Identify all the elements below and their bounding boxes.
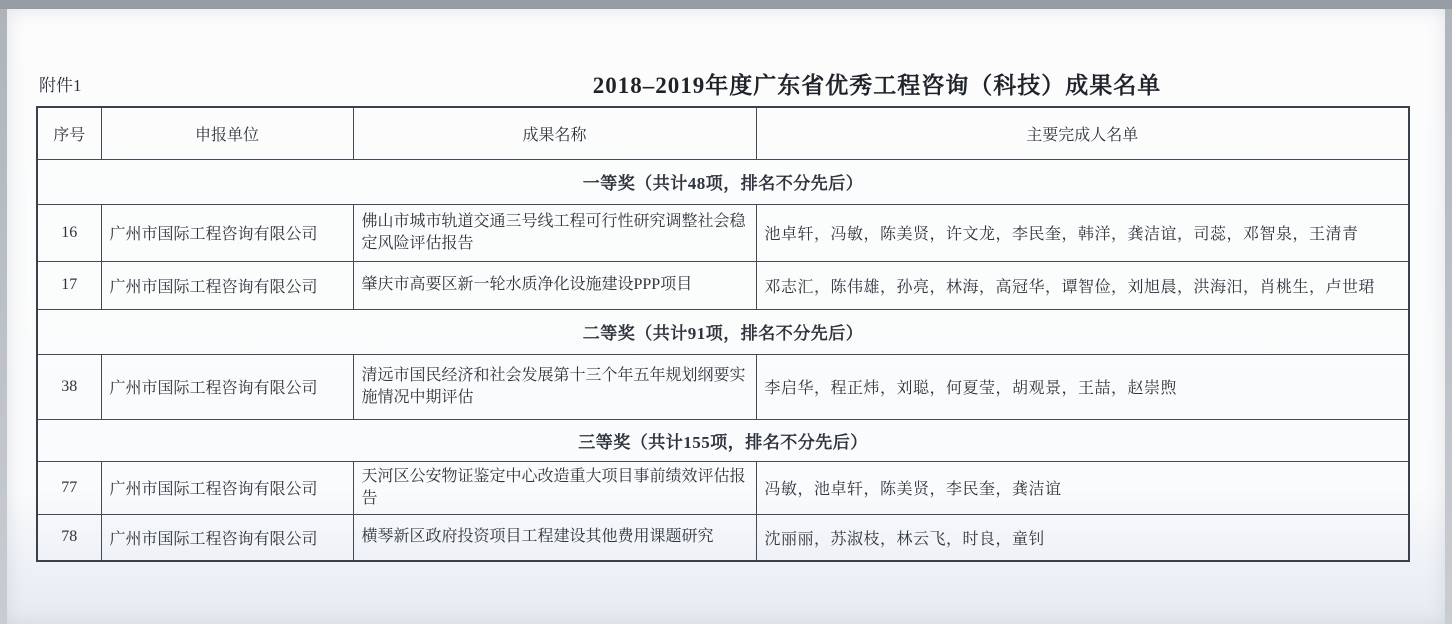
section-header-second-prize: 二等奖（共计91项，排名不分先后） [37, 309, 1409, 354]
org-cell: 广州市国际工程咨询有限公司 [101, 514, 353, 561]
contributors-cell: 冯敏，池卓轩，陈美贤，李民奎，龚洁谊 [756, 461, 1409, 514]
row-number-cell: 78 [37, 514, 101, 561]
column-header-achievement: 成果名称 [353, 107, 756, 159]
achievement-cell: 肇庆市高要区新一轮水质净化设施建设PPP项目 [353, 261, 756, 309]
row-number-cell: 16 [37, 204, 101, 261]
section-header-label: 二等奖（共计91项，排名不分先后） [37, 309, 1409, 354]
contributors-cell: 沈丽丽，苏淑枝，林云飞，时良，童钊 [756, 514, 1409, 561]
section-header-first-prize: 一等奖（共计48项，排名不分先后） [37, 159, 1409, 204]
achievement-cell: 天河区公安物证鉴定中心改造重大项目事前绩效评估报告 [353, 461, 756, 514]
contributors-cell: 邓志汇，陈伟雄，孙亮，林海，高冠华，谭智俭，刘旭晨，洪海汨，肖桃生，卢世珺 [756, 261, 1409, 309]
row-number-cell: 38 [37, 354, 101, 419]
achievement-cell: 清远市国民经济和社会发展第十三个年五年规划纲要实施情况中期评估 [353, 354, 756, 419]
section-header-label: 一等奖（共计48项，排名不分先后） [37, 159, 1409, 204]
achievement-cell: 佛山市城市轨道交通三号线工程可行性研究调整社会稳定风险评估报告 [353, 204, 756, 261]
org-cell: 广州市国际工程咨询有限公司 [101, 354, 353, 419]
table-row: 38 广州市国际工程咨询有限公司 清远市国民经济和社会发展第十三个年五年规划纲要… [37, 354, 1409, 419]
table-row: 77 广州市国际工程咨询有限公司 天河区公安物证鉴定中心改造重大项目事前绩效评估… [37, 461, 1409, 514]
column-header-org: 申报单位 [101, 107, 353, 159]
table-header-row: 序号 申报单位 成果名称 主要完成人名单 [37, 107, 1409, 159]
table-row: 17 广州市国际工程咨询有限公司 肇庆市高要区新一轮水质净化设施建设PPP项目 … [37, 261, 1409, 309]
table-row: 16 广州市国际工程咨询有限公司 佛山市城市轨道交通三号线工程可行性研究调整社会… [37, 204, 1409, 261]
column-header-no: 序号 [37, 107, 101, 159]
section-header-label: 三等奖（共计155项，排名不分先后） [37, 419, 1409, 461]
section-header-third-prize: 三等奖（共计155项，排名不分先后） [37, 419, 1409, 461]
org-cell: 广州市国际工程咨询有限公司 [101, 461, 353, 514]
org-cell: 广州市国际工程咨询有限公司 [101, 261, 353, 309]
scan-edge-top [0, 0, 1452, 9]
attachment-label: 附件1 [39, 71, 82, 96]
column-header-contributors: 主要完成人名单 [756, 107, 1409, 159]
row-number-cell: 77 [37, 461, 101, 514]
document-page: 附件1 2018–2019年度广东省优秀工程咨询（科技）成果名单 序号 申报单位… [7, 9, 1445, 624]
org-cell: 广州市国际工程咨询有限公司 [101, 204, 353, 261]
row-number-cell: 17 [37, 261, 101, 309]
achievement-cell: 横琴新区政府投资项目工程建设其他费用课题研究 [353, 514, 756, 561]
document-title: 2018–2019年度广东省优秀工程咨询（科技）成果名单 [437, 67, 1317, 100]
scanned-document-view: 附件1 2018–2019年度广东省优秀工程咨询（科技）成果名单 序号 申报单位… [0, 0, 1452, 624]
contributors-cell: 池卓轩，冯敏，陈美贤，许文龙，李民奎，韩洋，龚洁谊，司蕊，邓智泉，王清青 [756, 204, 1409, 261]
awards-table: 序号 申报单位 成果名称 主要完成人名单 一等奖（共计48项，排名不分先后） 1… [36, 106, 1410, 562]
contributors-cell: 李启华，程正炜，刘聪，何夏莹，胡观景，王喆，赵崇煦 [756, 354, 1409, 419]
table-row: 78 广州市国际工程咨询有限公司 横琴新区政府投资项目工程建设其他费用课题研究 … [37, 514, 1409, 561]
